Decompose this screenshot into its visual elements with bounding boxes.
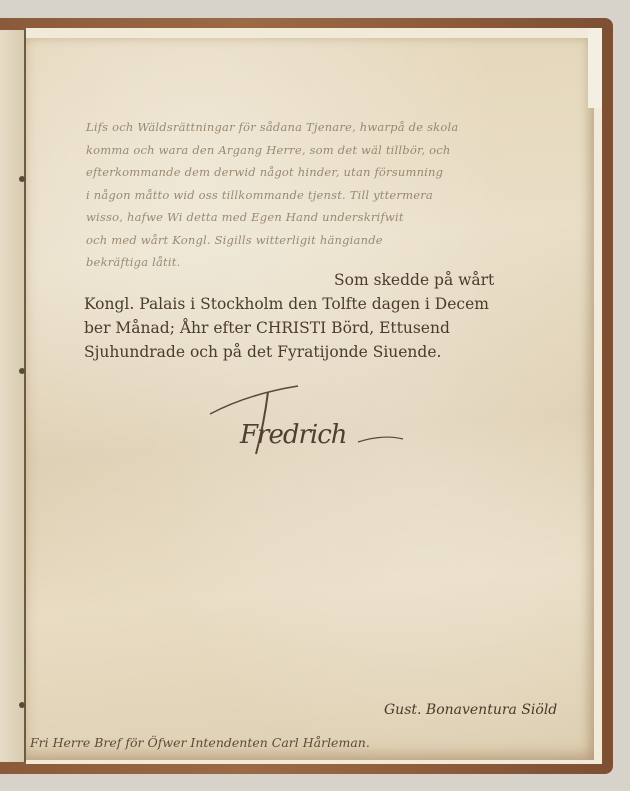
text-line: ber Månad; Åhr efter CHRISTI Börd, Ettus… (84, 316, 564, 340)
text-line: i någon måtto wid oss tillkommande tjens… (86, 184, 566, 207)
countersignature: Gust. Bonaventura Siöld (384, 702, 557, 718)
text-line: och med wårt Kongl. Sigills witterligit … (86, 229, 566, 252)
text-line: Sjuhundrade och på det Fyratijonde Siuen… (84, 340, 564, 364)
text-line: wisso, hafwe Wi detta med Egen Hand unde… (86, 206, 566, 229)
text-line: komma och wara den Argang Herre, som det… (86, 139, 566, 162)
page-corner-tab (588, 28, 602, 108)
binding-stitch (19, 176, 25, 182)
calligraphic-text: Som skedde på wårt Kongl. Palais i Stock… (84, 268, 564, 364)
binding-stitch (19, 702, 25, 708)
text-line: Kongl. Palais i Stockholm den Tolfte dag… (84, 292, 564, 316)
royal-signature: Fredrich (240, 420, 347, 450)
text-line: Som skedde på wårt (84, 268, 564, 292)
text-line: Lifs och Wäldsrättningar för sådana Tjen… (86, 116, 566, 139)
left-page-edge (0, 30, 26, 762)
handwritten-text: Lifs och Wäldsrättningar för sådana Tjen… (86, 116, 566, 274)
binding-stitch (19, 368, 25, 374)
footer-annotation: Fri Herre Bref för Öfwer Intendenten Car… (30, 735, 370, 750)
text-line: efterkommande dem derwid något hinder, u… (86, 161, 566, 184)
